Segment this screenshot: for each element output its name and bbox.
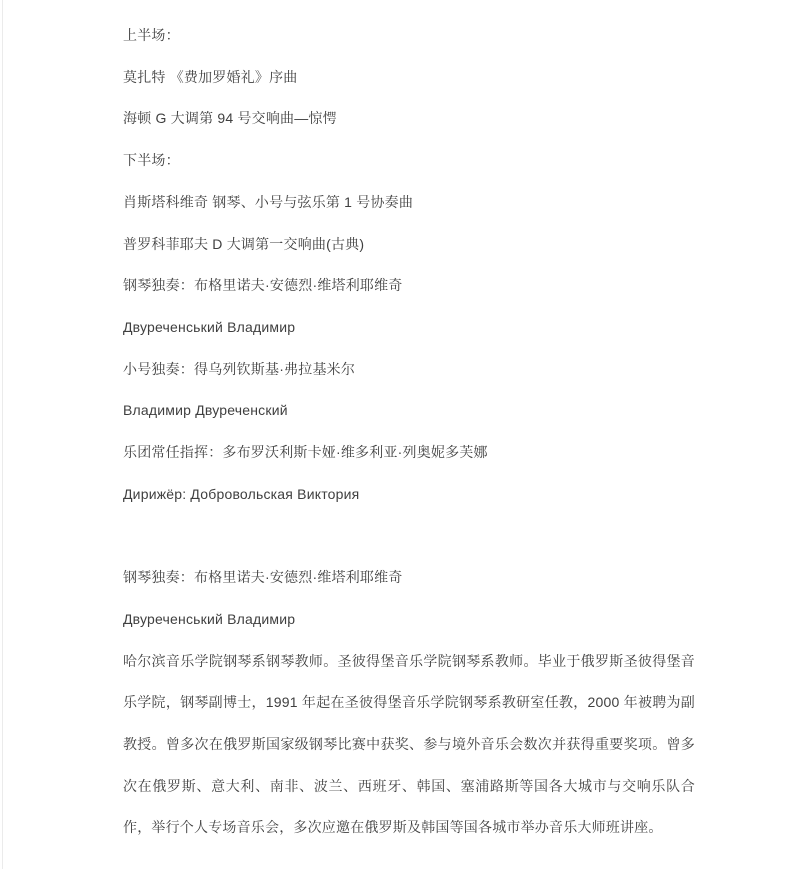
program-line-first-half-heading: 上半场： [123, 15, 695, 57]
bio-heading-piano-soloist-cn: 钢琴独奏：布格里诺夫·安德烈·维塔利耶维奇 [123, 557, 695, 599]
program-line-haydn: 海顿 G 大调第 94 号交响曲—惊愕 [123, 98, 695, 140]
document-page: 上半场： 莫扎特 《费加罗婚礼》序曲 海顿 G 大调第 94 号交响曲—惊愕 下… [0, 0, 800, 869]
program-line-prokofiev: 普罗科菲耶夫 D 大调第一交响曲(古典) [123, 224, 695, 266]
program-line-shostakovich: 肖斯塔科维奇 钢琴、小号与弦乐第 1 号协奏曲 [123, 182, 695, 224]
program-line-trumpet-soloist-ru: Владимир Двуреченский [123, 390, 695, 432]
program-line-piano-soloist-cn: 钢琴独奏：布格里诺夫·安德烈·维塔利耶维奇 [123, 265, 695, 307]
program-line-conductor-cn: 乐团常任指挥：多布罗沃利斯卡娅·维多利亚·列奥妮多芙娜 [123, 432, 695, 474]
program-line-conductor-ru: Дирижёр: Добровольская Виктория [123, 474, 695, 516]
page-left-edge [2, 0, 3, 869]
program-line-trumpet-soloist-cn: 小号独奏：得乌列钦斯基·弗拉基米尔 [123, 349, 695, 391]
program-line-mozart: 莫扎特 《费加罗婚礼》序曲 [123, 57, 695, 99]
blank-line [123, 515, 695, 557]
bio-paragraph: 哈尔滨音乐学院钢琴系钢琴教师。圣彼得堡音乐学院钢琴系教师。毕业于俄罗斯圣彼得堡音… [123, 641, 695, 850]
program-line-second-half-heading: 下半场： [123, 140, 695, 182]
document-content: 上半场： 莫扎特 《费加罗婚礼》序曲 海顿 G 大调第 94 号交响曲—惊愕 下… [123, 15, 695, 849]
program-line-piano-soloist-ru: Двуреченський Владимир [123, 307, 695, 349]
bio-heading-piano-soloist-ru: Двуреченський Владимир [123, 599, 695, 641]
